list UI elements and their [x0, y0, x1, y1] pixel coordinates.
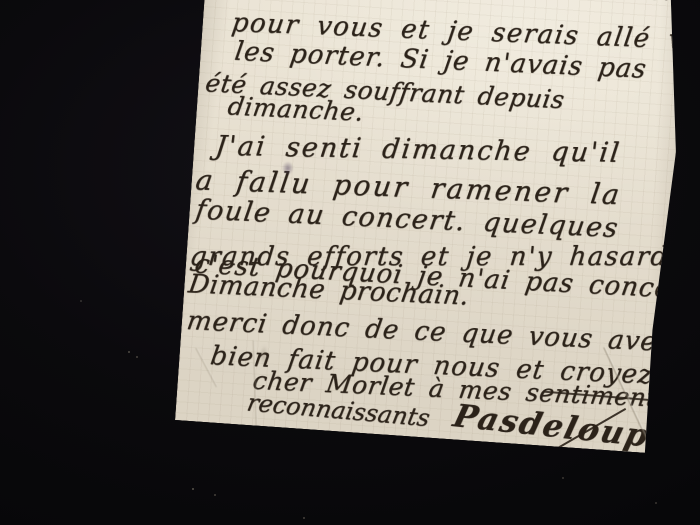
dust-speck — [128, 351, 130, 353]
letter-photo: ssements pour vous et je serais allé vou… — [0, 0, 700, 525]
dust-speck — [80, 300, 82, 302]
dust-speck — [136, 356, 138, 358]
dust-speck — [303, 517, 305, 519]
handwriting-line: J'ai senti dimanche qu'il — [214, 131, 623, 169]
handwriting-line-partial: ssements — [584, 0, 700, 8]
dust-speck — [562, 477, 564, 479]
letter-paper: ssements pour vous et je serais allé vou… — [175, 0, 692, 454]
dust-speck — [192, 488, 194, 490]
dust-speck — [655, 502, 657, 504]
handwriting-line: dimanche. — [226, 92, 366, 127]
dust-speck — [214, 494, 216, 496]
